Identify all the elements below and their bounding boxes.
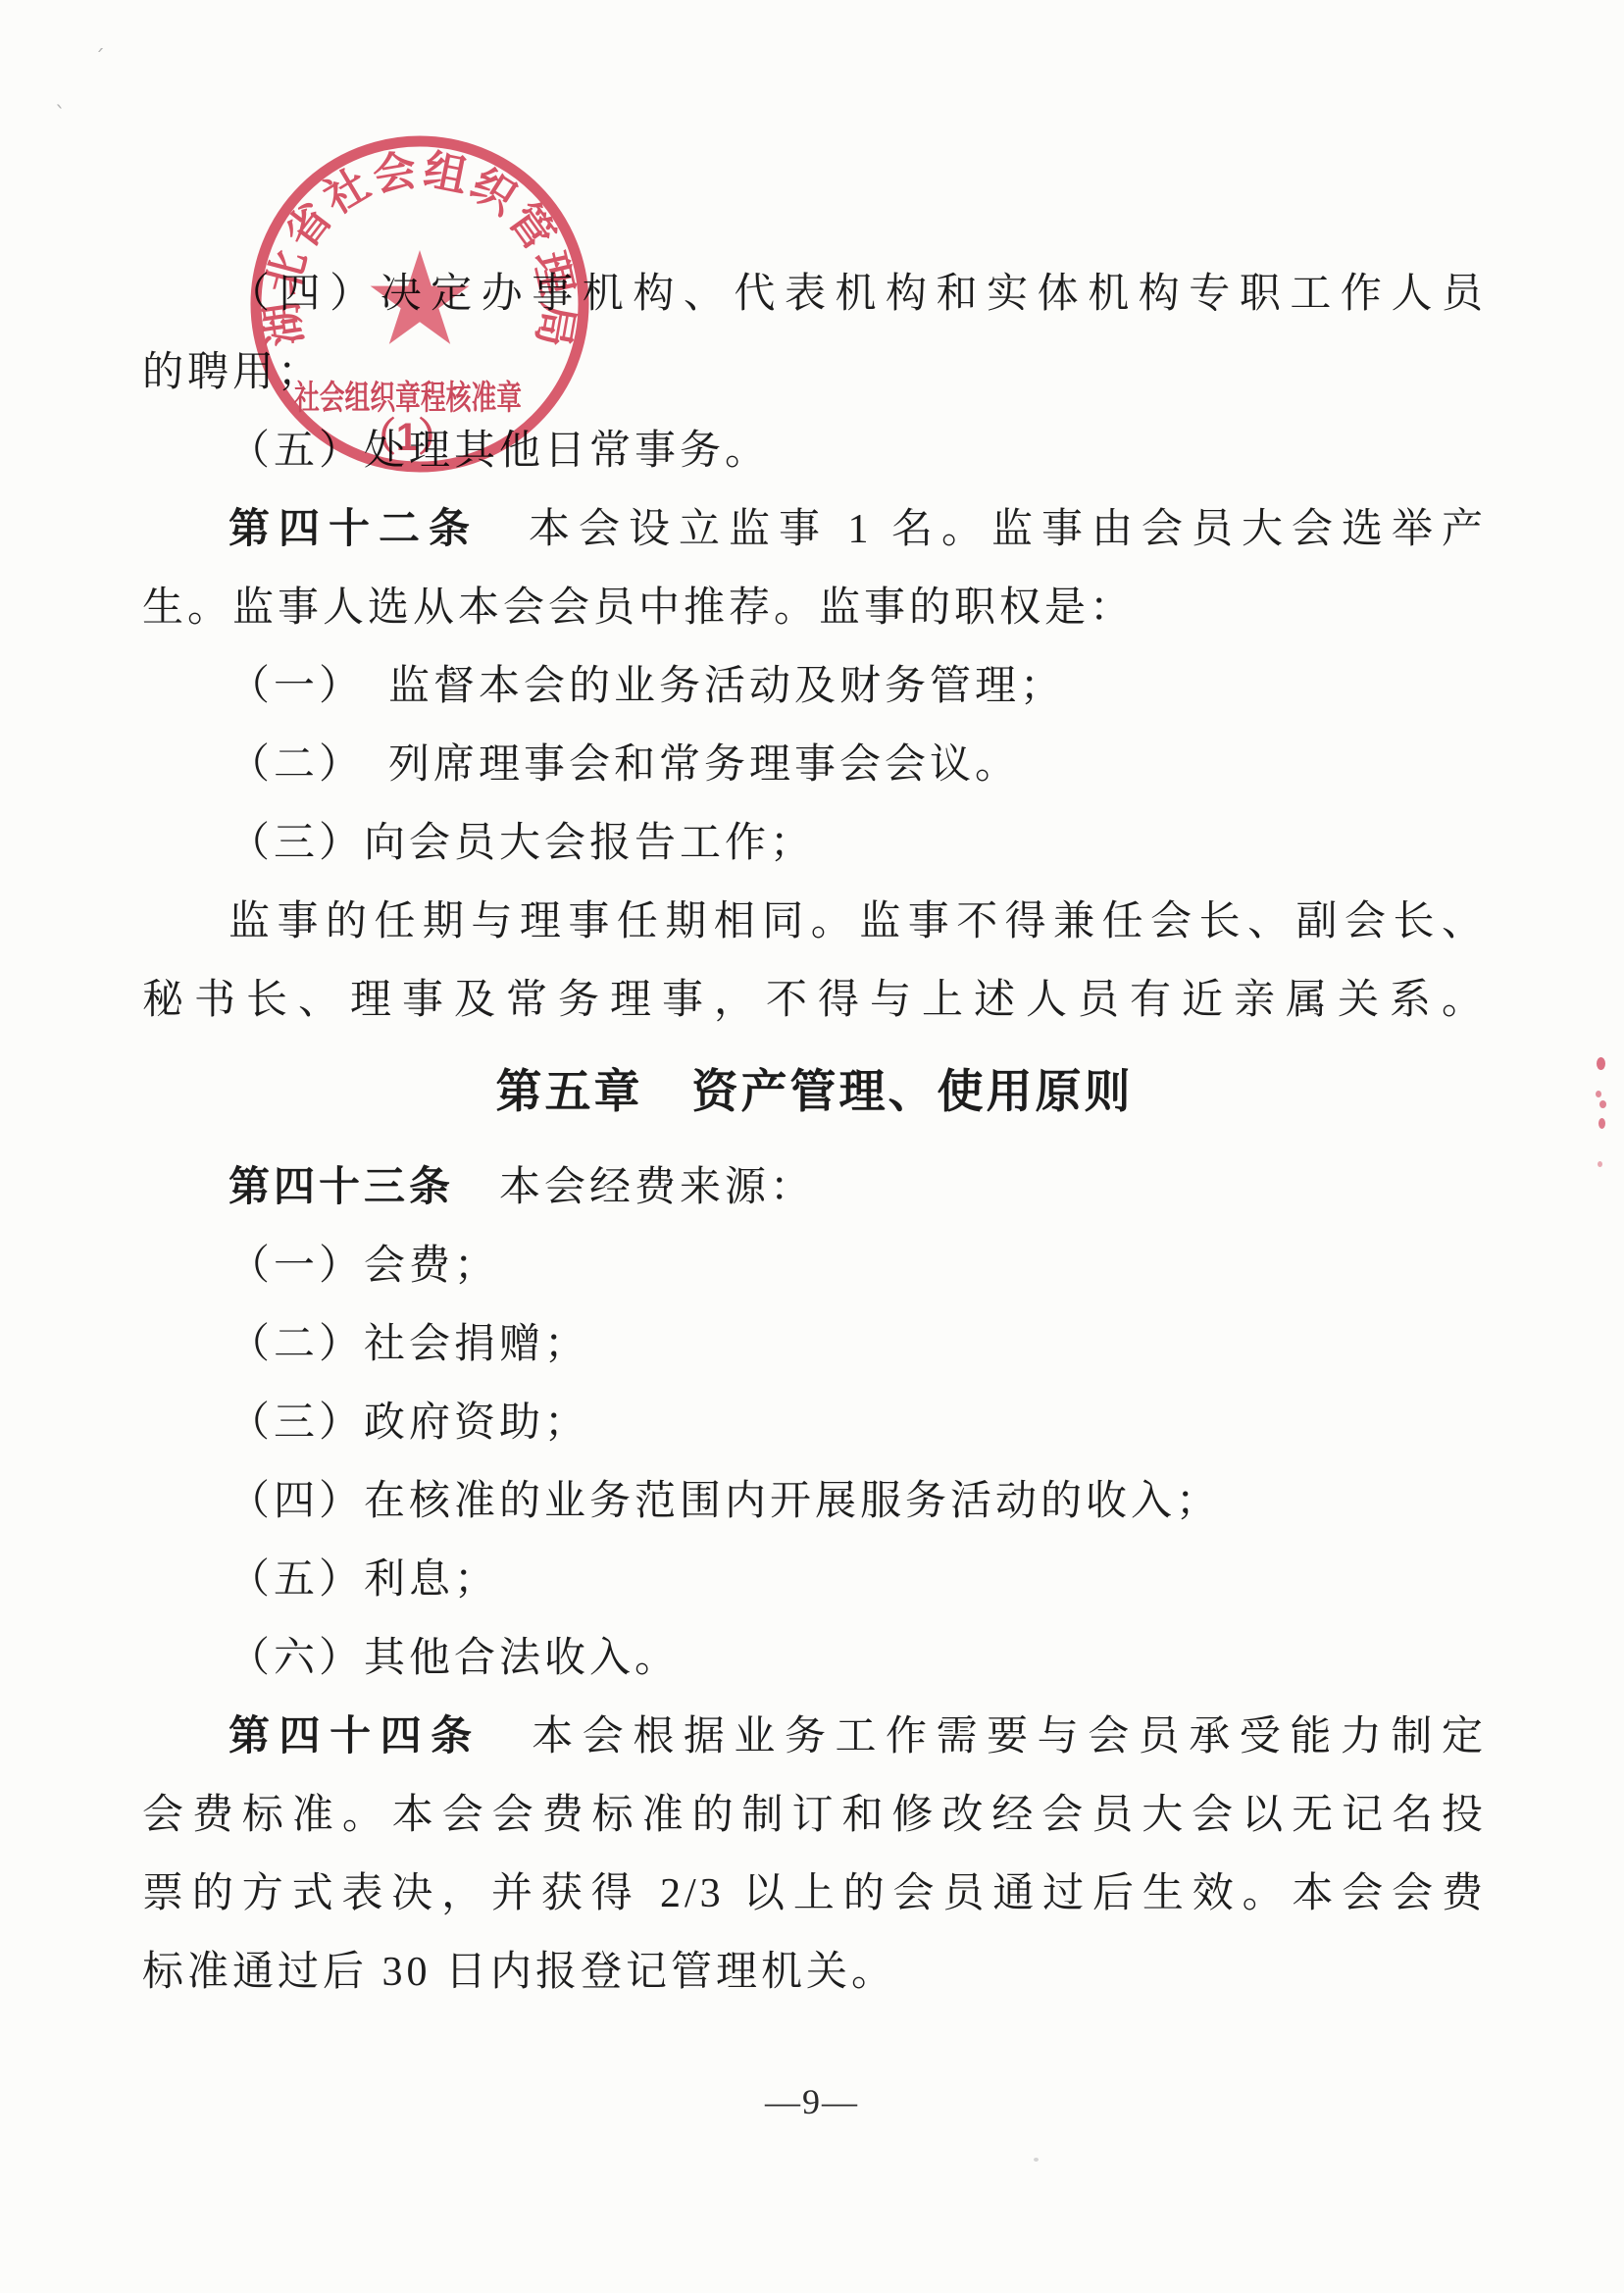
pencil-mark: ˎ (55, 84, 66, 109)
chapter-heading: 第五章 资产管理、使用原则 (142, 1052, 1487, 1131)
body-line: （二） 列席理事会和常务理事会会议。 (142, 726, 1487, 804)
body-line: （二）社会捐赠； (142, 1305, 1487, 1384)
ink-speck (1034, 2158, 1039, 2162)
body-line: 第四十二条 本会设立监事 1 名。监事由会员大会选举产 (142, 490, 1487, 569)
body-line: 第四十三条 本会经费来源： (142, 1148, 1487, 1227)
document-page: ˊ ˎ （四）决定办事机构、代表机构和实体机构专职工作人员 的聘用； （五）处理… (0, 0, 1624, 2293)
body-line: 标准通过后 30 日内报登记管理机关。 (142, 1933, 1487, 2012)
stamp-number-text: （1） (357, 416, 457, 459)
body-line: 第四十四条 本会根据业务工作需要与会员承受能力制定 (142, 1698, 1487, 1776)
body-line: （一） 监督本会的业务活动及财务管理； (142, 647, 1487, 726)
body-line: 秘书长、理事及常务理事，不得与上述人员有近亲属关系。 (142, 961, 1487, 1040)
body-line: （四）在核准的业务范围内开展服务活动的收入； (142, 1462, 1487, 1541)
body-line: （三）政府资助； (142, 1384, 1487, 1462)
ink-speck (1599, 1100, 1606, 1108)
stamp-star-icon (371, 250, 470, 344)
body-line: （一）会费； (142, 1227, 1487, 1305)
ink-speck (1598, 1161, 1602, 1167)
page-number: —9— (0, 2081, 1624, 2122)
body-line: 监事的任期与理事任期相同。监事不得兼任会长、副会长、 (142, 883, 1487, 961)
ink-speck (1597, 1057, 1605, 1070)
body-line: 票的方式表决，并获得 2/3 以上的会员通过后生效。本会会费 (142, 1855, 1487, 1933)
body-line: （五）利息； (142, 1541, 1487, 1619)
document-body: （四）决定办事机构、代表机构和实体机构专职工作人员 的聘用； （五）处理其他日常… (142, 255, 1487, 2012)
official-stamp: 湖北省社会组织管理局 社会组织章程核准章 （1） (224, 108, 616, 500)
stamp-arc-text: 湖北省社会组织管理局 (257, 146, 582, 354)
pencil-mark: ˊ (94, 47, 105, 72)
ink-speck (1596, 1091, 1601, 1097)
ink-speck (1599, 1118, 1605, 1129)
body-line: （三）向会员大会报告工作； (142, 804, 1487, 883)
body-line: 生。监事人选从本会会员中推荐。监事的职权是： (142, 569, 1487, 647)
body-line: （六）其他合法收入。 (142, 1619, 1487, 1698)
body-line: 会费标准。本会会费标准的制订和修改经会员大会以无记名投 (142, 1776, 1487, 1855)
stamp-approval-text: 社会组织章程核准章 (294, 379, 522, 417)
